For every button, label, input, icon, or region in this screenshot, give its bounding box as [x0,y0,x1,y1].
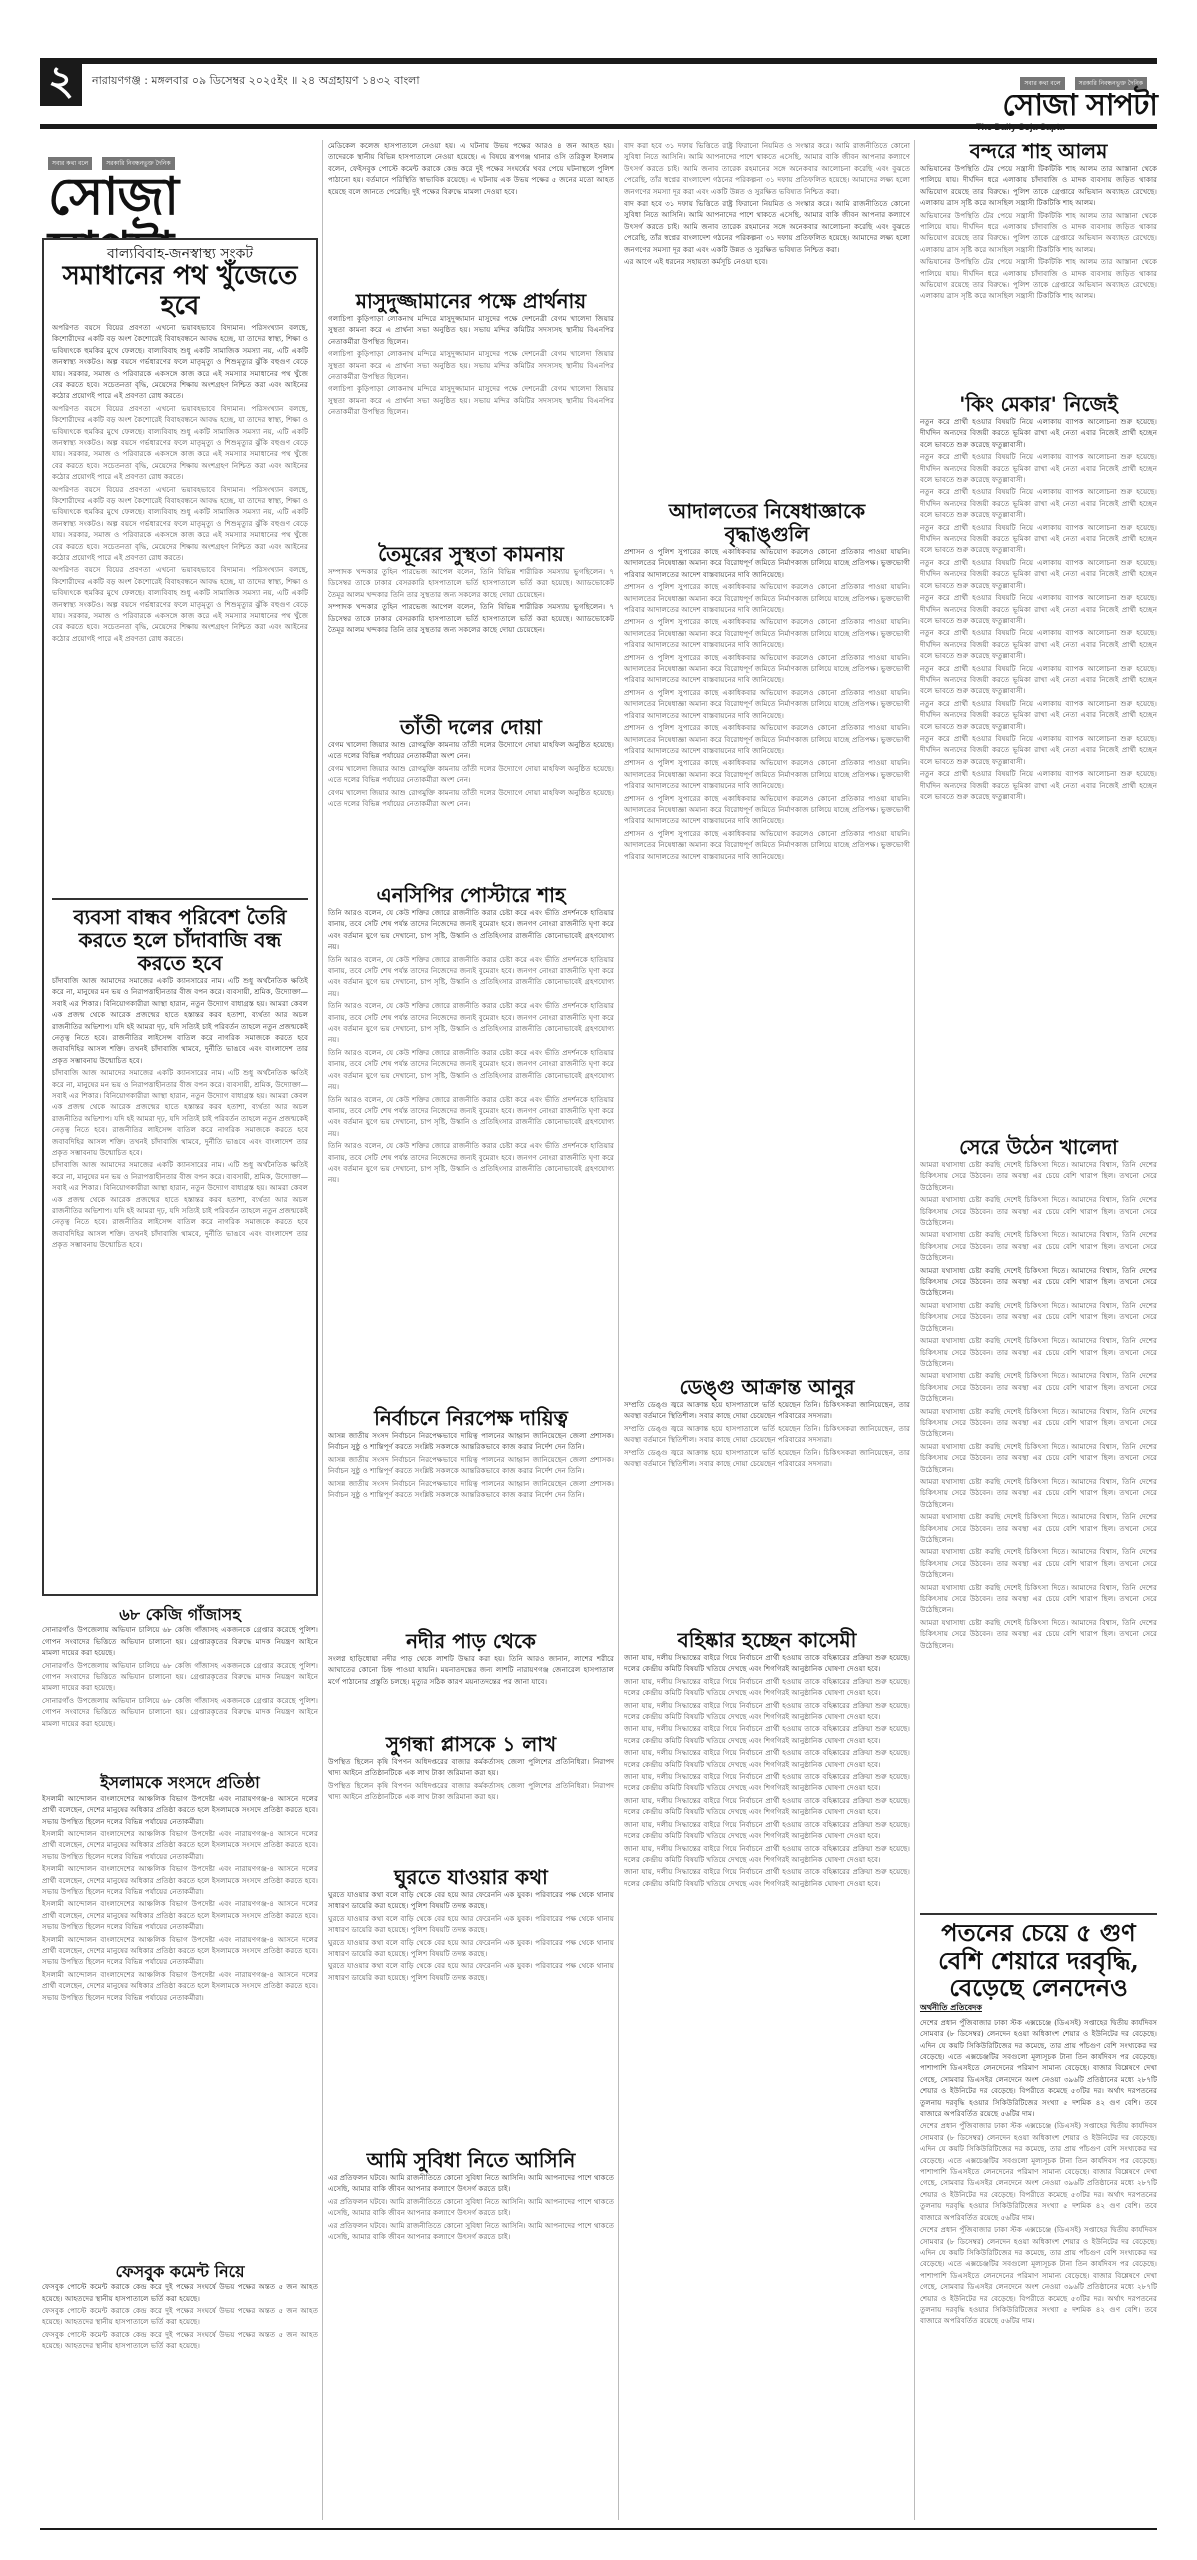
story-title: তাঁতী দলের দোয়া [328,716,614,739]
right-column: বন্দরে শাহ আলম অভিযানের উপস্থিতি টের পেয… [920,140,1157,2457]
story-title: আমি সুবিধা নিতে আসিনি [328,2149,614,2172]
story-body: উপস্থিত ছিলেন কৃষি বিপণন অধিদপ্তরের বাজা… [328,1756,614,1866]
story-title: 'কিং মেকার' নিজেই [920,393,1157,416]
center-right-column: বাদ করা হবে ৩১ দফায় ভিত্তিতে রাষ্ট্র ফি… [624,140,910,2502]
story-title: বহিষ্কার হচ্ছেন কাসেমী [624,1629,910,1652]
story-body: জানা যায়, দলীয় সিদ্ধান্তের বাইরে গিয়ে… [624,1652,910,2502]
story-title: আদালতের নিষেধাজ্ঞাকে বৃদ্ধাঙ্গুলি [624,500,910,546]
story-body: বেগম খালেদা জিয়ার আশু রোগমুক্তি কামনায়… [328,739,614,884]
story-title: পতনের চেয়ে ৫ গুণ বেশি শেয়ারে দরবৃদ্ধি,… [920,1919,1157,2002]
lead-continuation: বাদ করা হবে ৩১ দফায় ভিত্তিতে রাষ্ট্র ফি… [624,140,910,500]
top-rule [40,58,1157,64]
opinion-body: চাঁদাবাজি আজ আমাদের সমাজের একটি ক্যানসার… [52,975,308,1625]
story-body: সম্প্রতি ডেঙ্গু জ্বরে আক্রান্ত হয়ে হাসপ… [624,1399,910,1629]
story-body: নতুন করে প্রার্থী হওয়ার বিষয়টি নিয়ে এ… [920,416,1157,1136]
story-body: তিনি আরও বলেন, যে কেউ শক্তির জোরে রাজনীত… [328,907,614,1407]
story-body: সোনারগাঁও উপজেলায় অভিযান চালিয়ে ৬৮ কেজ… [42,1624,318,1774]
story-body: আমরা যথাসাধ্য চেষ্টা করছি দেশেই চিকিৎসা … [920,1159,1157,1909]
editorial-box: বাল্যবিবাহ-জনস্বাস্থ্য সংকট সমাধানের পথ … [42,238,318,1596]
column-rule [618,140,619,2520]
story-title: ৬৮ কেজি গাঁজাসহ [42,1606,318,1624]
story-title: ইসলামকে সংসদে প্রতিষ্ঠা [42,1774,318,1792]
bottom-rule [40,2528,1157,2530]
story-title: তৈমূরের সুস্থতা কামনায় [328,543,614,566]
story-title: নির্বাচনে নিরপেক্ষ দায়িত্ব [328,1407,614,1430]
story-title: ফেসবুক কমেন্ট নিয়ে [42,2263,318,2281]
logo-small: সোজা সাপটা [960,90,1157,122]
byline: অর্থনীতি প্রতিবেদক [920,2002,1157,2015]
story-body: ঘুরতে যাওয়ার কথা বলে বাড়ি থেকে বের হয়… [328,1889,614,2149]
story-body: আসন্ন জাতীয় সংসদ নির্বাচনে নিরপেক্ষভাবে… [328,1430,614,1630]
story-body: ইসলামী আন্দোলন বাংলাদেশের আঞ্চলিক বিভাগ … [42,1793,318,2263]
story-title: নদীর পাড় থেকে [328,1630,614,1653]
story-body: সম্পাদক খন্দকার তুহিন পারভেজ আপেল বলেন, … [328,566,614,716]
story-body: প্রশাসন ও পুলিশ সুপারের কাছে একাধিকবার অ… [624,546,910,1376]
center-left-column: মেডিকেল কলেজ হাসপাতালে নেওয়া হয়। এ ঘটন… [328,140,614,2372]
story-title: মাসুদুজ্জামানের পক্ষে প্রার্থনায় [328,290,614,313]
story-title: বন্দরে শাহ আলম [920,140,1157,163]
story-body: ফেসবুক পোস্টে কমেন্ট করাকে কেন্দ্র করে দ… [42,2281,318,2461]
story-title: সুগন্ধা প্লাসকে ১ লাখ [328,1733,614,1756]
left-stories: ৬৮ কেজি গাঁজাসহ সোনারগাঁও উপজেলায় অভিযা… [42,1606,318,2461]
editorial-title: সমাধানের পথ খুঁজেতে হবে [52,262,308,322]
dateline: নারায়ণগঞ্জ : মঙ্গলবার ০৯ ডিসেম্বর ২০২৫ই… [92,72,420,91]
story-body: গলাচিপা কুড়িপাড়া লোকনাথ মন্দিরে মাসুদু… [328,313,614,543]
editorial-body: অপরিণত বয়সে বিয়ের প্রবণতা এখনো ভয়াবহভ… [52,322,308,892]
masthead-small: সবার কথা বলেসরকারি নিবন্ধনভুক্ত দৈনিক সো… [960,70,1157,132]
story-body: দেশের প্রধান পুঁজিবাজার ঢাকা স্টক এক্সচে… [920,2017,1157,2457]
story-title: সেরে উঠেন খালেদা [920,1136,1157,1159]
story-title: ডেঙ্গু আক্রান্ত আনুর [624,1376,910,1399]
story-body: অভিযানের উপস্থিতি টের পেয়ে সন্ত্রাসী টি… [920,163,1157,393]
page-number: ২ [40,58,82,106]
column-rule [322,140,323,2520]
section-divider [920,1913,1157,1915]
column-rule [914,140,915,2520]
opinion-title: ব্যবসা বান্ধব পরিবেশ তৈরি করতে হলে চাঁদা… [52,906,308,975]
story-body: এর প্রতিফলন ঘটবে। আমি রাজনীতিতে কোনো সুব… [328,2172,614,2372]
story-title: ঘুরতে যাওয়ার কথা [328,1866,614,1889]
editorial-kicker: বাল্যবিবাহ-জনস্বাস্থ্য সংকট [52,246,308,262]
story-title: এনসিপির পোস্টারে শাহ [328,884,614,907]
story-body: সংলগ্ন হাড়িধোয়া নদীর পাড় থেকে লাশটি উ… [328,1653,614,1733]
editorial-divider [52,898,308,900]
lead-continuation: মেডিকেল কলেজ হাসপাতালে নেওয়া হয়। এ ঘটন… [328,140,614,290]
masthead-rule [40,124,1157,129]
